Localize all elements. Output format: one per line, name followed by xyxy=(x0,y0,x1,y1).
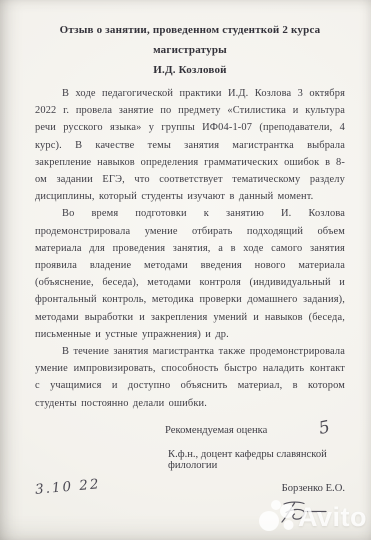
paper-sheet: Отзыв о занятии, проведенном студенткой … xyxy=(0,0,371,540)
avito-watermark: Avito xyxy=(259,499,367,535)
grade-value-handwritten: 5 xyxy=(317,417,332,439)
grade-label: Рекомендуемая оценка xyxy=(165,425,267,436)
body-paragraph-3: В течение занятия магистрантка также про… xyxy=(35,343,345,412)
document-body: В ходе педагогической практики И.Д. Козл… xyxy=(35,85,345,412)
date-name-row: 3.10 22 Борзенко Е.О. xyxy=(35,479,345,495)
body-paragraph-2: Во время подготовки к занятию И. Козлова… xyxy=(35,205,345,343)
title-student-name: И.Д. Козловой xyxy=(35,60,345,80)
handwritten-date: 3.10 22 xyxy=(34,476,101,498)
body-paragraph-1: В ходе педагогической практики И.Д. Козл… xyxy=(35,85,345,205)
signer-position: К.ф.н., доцент кафедры славянской филоло… xyxy=(35,449,345,471)
page-title: Отзыв о занятии, проведенном студенткой … xyxy=(35,20,345,80)
avito-wordmark: Avito xyxy=(298,502,367,533)
avito-logo-icon xyxy=(259,499,296,535)
title-line: Отзыв о занятии, проведенном студенткой … xyxy=(35,20,345,60)
signer-name: Борзенко Е.О. xyxy=(282,483,345,494)
document-photo: Отзыв о занятии, проведенном студенткой … xyxy=(0,0,371,540)
grade-row: Рекомендуемая оценка 5 xyxy=(35,425,345,438)
